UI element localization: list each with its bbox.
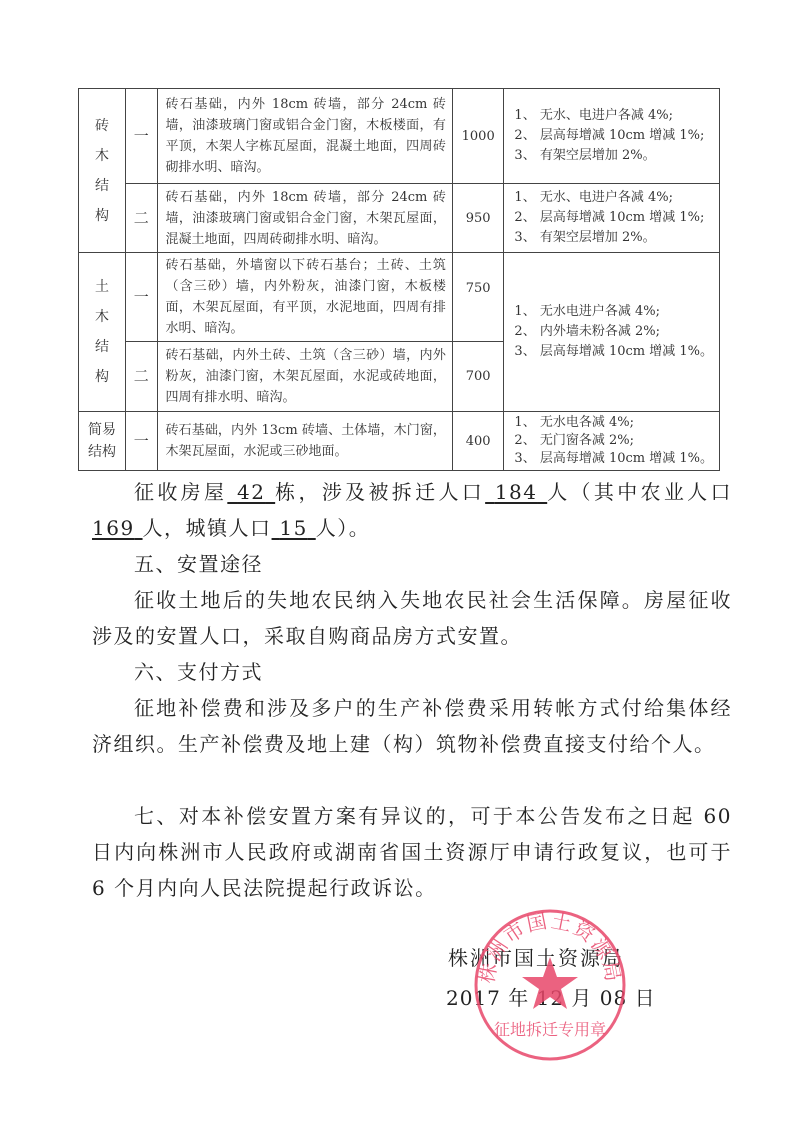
- category-earth-wood: 土 木 结 构: [79, 253, 126, 412]
- grade-cell: 一: [126, 89, 158, 184]
- description-cell: 砖石基础，内外 18cm 砖墙，部分 24cm 砖墙，油漆玻璃门窗或铝合金门窗，…: [157, 184, 452, 253]
- table-row: 砖 木 结 构 一 砖石基础，内外 18cm 砖墙，部分 24cm 砖墙，油漆玻…: [79, 89, 720, 184]
- price-cell: 400: [452, 412, 503, 471]
- description-cell: 砖石基础，外墙窗以下砖石基台；土砖、土筑（含三砂）墙，内外粉灰，油漆门窗，木板楼…: [157, 253, 452, 342]
- grade-cell: 一: [126, 412, 158, 471]
- description-cell: 砖石基础，内外 13cm 砖墙、土体墙，木门窗，木架瓦屋面，水泥或三砂地面。: [157, 412, 452, 471]
- section-body: 征收土地后的失地农民纳入失地农民社会生活保障。房屋征收涉及的安置人口，采取自购商…: [92, 582, 732, 654]
- svg-text:征地拆迁专用章: 征地拆迁专用章: [494, 1020, 606, 1039]
- category-brick-wood: 砖 木 结 构: [79, 89, 126, 253]
- table-row: 土 木 结 构 一 砖石基础，外墙窗以下砖石基台；土砖、土筑（含三砂）墙，内外粉…: [79, 253, 720, 342]
- price-cell: 950: [452, 184, 503, 253]
- urban-population: 15: [272, 516, 316, 540]
- section-payment: 六、支付方式 征地补偿费和涉及多户的生产补偿费采用转帐方式付给集体经济组织。生产…: [92, 654, 732, 762]
- signature-date: 2017 年 12 月 08 日: [446, 982, 656, 1011]
- grade-cell: 二: [126, 342, 158, 412]
- notes-cell-shared: 1、 无水电进户各减 4%; 2、 内外墙未粉各减 2%; 3、 层高每增减 1…: [504, 253, 720, 412]
- description-cell: 砖石基础，内外 18cm 砖墙，部分 24cm 砖墙，油漆玻璃门窗或铝合金门窗，…: [157, 89, 452, 184]
- compensation-table: 砖 木 结 构 一 砖石基础，内外 18cm 砖墙，部分 24cm 砖墙，油漆玻…: [78, 88, 720, 471]
- price-cell: 700: [452, 342, 503, 412]
- notes-cell: 1、 无水、电进户各减 4%; 2、 层高每增减 10cm 增减 1%; 3、 …: [504, 89, 720, 184]
- price-cell: 750: [452, 253, 503, 342]
- section-resettlement: 五、安置途径 征收土地后的失地农民纳入失地农民社会生活保障。房屋征收涉及的安置人…: [92, 546, 732, 654]
- price-cell: 1000: [452, 89, 503, 184]
- total-population: 184: [485, 480, 547, 504]
- notes-cell: 1、 无水、电进户各减 4%; 2、 层高每增减 10cm 增减 1%; 3、 …: [504, 184, 720, 253]
- category-simple: 简易 结构: [79, 412, 126, 471]
- agricultural-population: 169: [92, 516, 143, 540]
- signature-organization: 株洲市国土资源局: [448, 942, 624, 971]
- houses-count: 42: [227, 480, 275, 504]
- document-page: 砖 木 结 构 一 砖石基础，内外 18cm 砖墙，部分 24cm 砖墙，油漆玻…: [0, 0, 800, 1140]
- section-appeal: 七、对本补偿安置方案有异议的，可于本公告发布之日起 60 日内向株洲市人民政府或…: [92, 798, 732, 906]
- notes-cell: 1、 无水电各减 4%; 2、 无门窗各减 2%; 3、 层高每增减 10cm …: [504, 412, 720, 471]
- grade-cell: 一: [126, 253, 158, 342]
- table-row: 简易 结构 一 砖石基础，内外 13cm 砖墙、土体墙，木门窗，木架瓦屋面，水泥…: [79, 412, 720, 471]
- grade-cell: 二: [126, 184, 158, 253]
- population-paragraph: 征收房屋 42 栋，涉及被拆迁人口 184 人（其中农业人口169 人，城镇人口…: [92, 474, 732, 546]
- section-heading: 五、安置途径: [92, 546, 732, 582]
- table-row: 二 砖石基础，内外 18cm 砖墙，部分 24cm 砖墙，油漆玻璃门窗或铝合金门…: [79, 184, 720, 253]
- appeal-text: 七、对本补偿安置方案有异议的，可于本公告发布之日起 60 日内向株洲市人民政府或…: [92, 798, 732, 906]
- section-body: 征地补偿费和涉及多户的生产补偿费采用转帐方式付给集体经济组织。生产补偿费及地上建…: [92, 690, 732, 762]
- section-heading: 六、支付方式: [92, 654, 732, 690]
- description-cell: 砖石基础，内外土砖、土筑（含三砂）墙，内外粉灰，油漆门窗，木架瓦屋面，水泥或砖地…: [157, 342, 452, 412]
